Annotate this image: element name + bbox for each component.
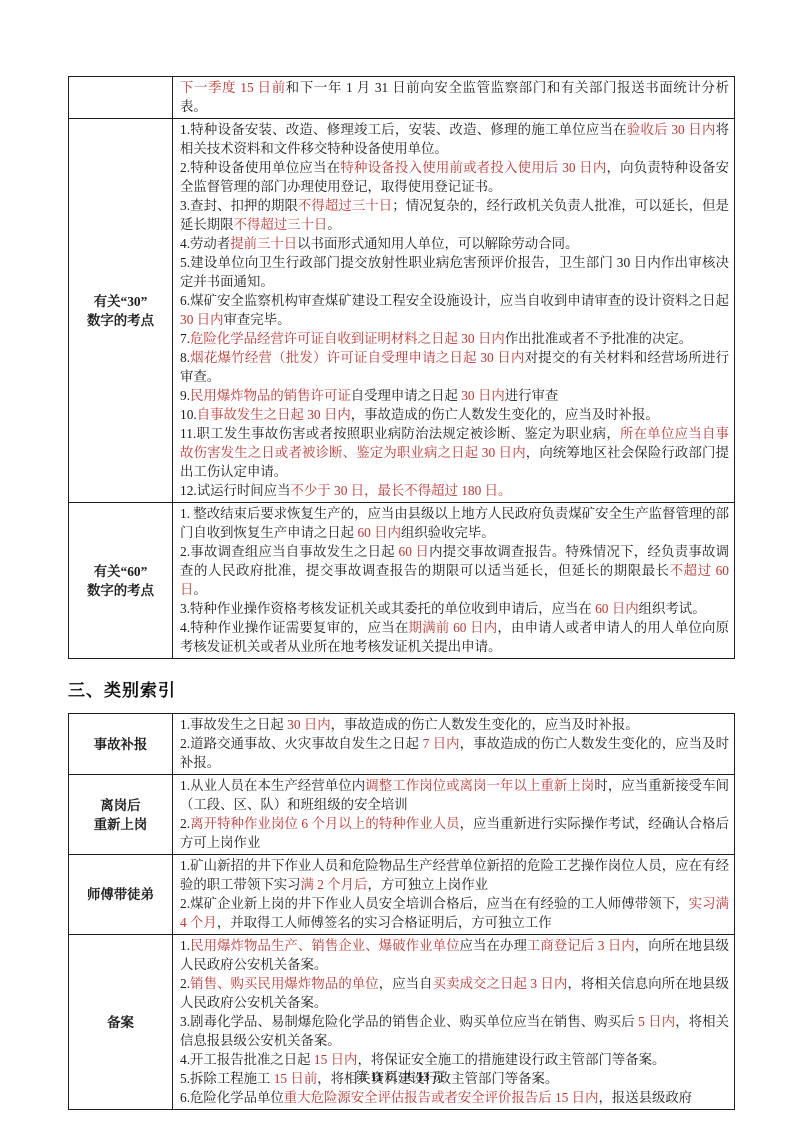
plain-text: 2.煤矿企业新上岗的井下作业人员安全培训合格后，应当在有经验的工人师傅带领下， xyxy=(180,896,689,911)
highlighted-text: 销售、购买民用爆炸物品的单位 xyxy=(190,976,379,991)
highlighted-text: 自事故发生之日起 30 日内 xyxy=(197,407,351,422)
page-footer: 第 11 页 共 13 页 xyxy=(0,1067,800,1085)
plain-text: 2.特种设备使用单位应当在 xyxy=(180,160,340,175)
list-item: 2.事故调查组应当自事故发生之日起 60 日内提交事故调查报告。特殊情况下，经负… xyxy=(180,542,729,599)
plain-text: 10. xyxy=(180,407,197,422)
plain-text: 8. xyxy=(180,350,190,365)
plain-text: 2. xyxy=(180,976,190,991)
plain-text: 3.剧毒化学品、易制爆危险化学品的销售企业、购买单位应当在销售、购买后 xyxy=(180,1014,638,1029)
plain-text: 5.建设单位向卫生行政部门提交放射性职业病危害预评价报告，卫生部门 30 日内作… xyxy=(180,255,729,289)
highlighted-text: 买卖成交之日起 3 日内 xyxy=(433,976,568,991)
plain-text: ，方可独立上岗作业 xyxy=(367,877,488,892)
row-content: 1.矿山新招的井下作业人员和危险物品生产经营单位新招的危险工艺操作岗位人员，应在… xyxy=(173,855,735,935)
list-item: 8.烟花爆竹经营（批发）许可证自受理申请之日起 30 日内对提交的有关材料和经营… xyxy=(180,348,729,386)
plain-text: 4.特种作业操作证需要复审的，应当在 xyxy=(180,620,409,635)
highlighted-text: 60 日内 xyxy=(595,601,639,616)
highlighted-text: 验收后 30 日内 xyxy=(627,122,716,137)
list-item: 1. 整改结束后要求恢复生产的，应当由县级以上地方人民政府负责煤矿安全生产监督管… xyxy=(180,504,729,542)
highlighted-text: 不少于 30 日，最长不得超过 180 日。 xyxy=(290,483,511,498)
list-item: 3.查封、扣押的期限不得超过三十日；情况复杂的，经行政机关负责人批准，可以延长，… xyxy=(180,196,729,234)
highlighted-text: 特种设备投入使用前或者投入使用后 30 日内 xyxy=(340,160,606,175)
highlighted-text: 提前三十日 xyxy=(230,236,297,251)
row-label-line: 事故补报 xyxy=(72,735,169,754)
highlighted-text: 烟花爆竹经营（批发）许可证自受理申请之日起 30 日内 xyxy=(190,350,525,365)
row-content: 1. 整改结束后要求恢复生产的，应当由县级以上地方人民政府负责煤矿安全生产监督管… xyxy=(173,503,735,659)
highlighted-text: 不得超过三十日 xyxy=(234,217,328,232)
list-item: 1.矿山新招的井下作业人员和危险物品生产经营单位新招的危险工艺操作岗位人员，应在… xyxy=(180,856,729,894)
section-heading: 三、类别索引 xyxy=(68,676,735,701)
row-label-line: 数字的考点 xyxy=(72,311,169,330)
highlighted-text: 下一季度 15 日前 xyxy=(180,80,286,95)
highlighted-text: 重大危险源安全评估报告或者安全评价报告后 15 日内 xyxy=(284,1090,599,1105)
row-label: 师傅带徒弟 xyxy=(69,855,173,935)
category-index-table: 事故补报1.事故发生之日起 30 日内，事故造成的伤亡人数发生变化的，应当及时补… xyxy=(68,713,735,1110)
list-item: 5.建设单位向卫生行政部门提交放射性职业病危害预评价报告，卫生部门 30 日内作… xyxy=(180,253,729,291)
plain-text: 3.查封、扣押的期限 xyxy=(180,198,298,213)
highlighted-text: 不得超过三十日 xyxy=(298,198,392,213)
plain-text: 4.开工报告批准之日起 xyxy=(180,1052,314,1067)
highlighted-text: 满 2 个月后 xyxy=(301,877,368,892)
list-item: 12.试运行时间应当不少于 30 日，最长不得超过 180 日。 xyxy=(180,481,729,500)
list-item: 2.特种设备使用单位应当在特种设备投入使用前或者投入使用后 30 日内，向负责特… xyxy=(180,158,729,196)
table-row: 下一季度 15 日前和下一年 1 月 31 日前向安全监管监察部门和有关部门报送… xyxy=(69,77,735,119)
plain-text: 2.道路交通事故、火灾事故自发生之日起 xyxy=(180,736,423,751)
row-label-line: 离岗后 xyxy=(72,796,169,815)
table-row: 事故补报1.事故发生之日起 30 日内，事故造成的伤亡人数发生变化的，应当及时补… xyxy=(69,714,735,775)
plain-text: 1. xyxy=(180,938,190,953)
plain-text: 组织考试。 xyxy=(639,601,706,616)
row-label: 有关“60”数字的考点 xyxy=(69,503,173,659)
table-row: 师傅带徒弟1.矿山新招的井下作业人员和危险物品生产经营单位新招的危险工艺操作岗位… xyxy=(69,855,735,935)
footer-page-prefix: 第 xyxy=(355,1070,368,1084)
plain-text: 1.特种设备安装、改造、修理竣工后，安装、改造、修理的施工单位应当在 xyxy=(180,122,627,137)
plain-text: 2.事故调查组应当自事故发生之日起 xyxy=(180,544,399,559)
footer-page-suffix: 页 xyxy=(432,1070,445,1084)
highlighted-text: 15 日内 xyxy=(314,1052,358,1067)
plain-text: 进行审查 xyxy=(505,388,559,403)
plain-text: 3.特种作业操作资格考核发证机关或其委托的单位收到申请后，应当在 xyxy=(180,601,595,616)
list-item: 6.危险化学品单位重大危险源安全评估报告或者安全评价报告后 15 日内，报送县级… xyxy=(180,1088,729,1107)
plain-text: 9. xyxy=(180,388,190,403)
plain-text: 作出批准或者不予批准的决定。 xyxy=(505,331,692,346)
plain-text: 自受理申请之日起 xyxy=(351,388,461,403)
footer-current-page-number: 11 xyxy=(371,1070,383,1084)
highlighted-text: 5 日内 xyxy=(638,1014,675,1029)
plain-text: 2. xyxy=(180,816,190,831)
row-content: 1.特种设备安装、改造、修理竣工后，安装、改造、修理的施工单位应当在验收后 30… xyxy=(173,119,735,503)
row-content: 下一季度 15 日前和下一年 1 月 31 日前向安全监管监察部门和有关部门报送… xyxy=(173,77,735,119)
list-item: 1.事故发生之日起 30 日内，事故造成的伤亡人数发生变化的，应当及时补报。 xyxy=(180,715,729,734)
list-item: 2.销售、购买民用爆炸物品的单位，应当自买卖成交之日起 3 日内，将相关信息向所… xyxy=(180,974,729,1012)
plain-text: 应当在办理 xyxy=(460,938,527,953)
plain-text: 以书面形式通知用人单位，可以解除劳动合同。 xyxy=(297,236,578,251)
plain-text: 1.事故发生之日起 xyxy=(180,717,287,732)
list-item: 10.自事故发生之日起 30 日内，事故造成的伤亡人数发生变化的，应当及时补报。 xyxy=(180,405,729,424)
plain-text: ，报送县级政府 xyxy=(598,1090,692,1105)
row-label-line: 有关“60” xyxy=(72,562,169,581)
plain-text: ，应当自 xyxy=(379,976,433,991)
numbers-keypoints-table: 下一季度 15 日前和下一年 1 月 31 日前向安全监管监察部门和有关部门报送… xyxy=(68,76,735,659)
highlighted-text: 30 日内 xyxy=(287,717,331,732)
highlighted-text: 危险化学品经营许可证自收到证明材料之日起 30 日内 xyxy=(190,331,505,346)
list-item: 1.民用爆炸物品生产、销售企业、爆破作业单位应当在办理工商登记后 3 日内，向所… xyxy=(180,936,729,974)
list-item: 3.特种作业操作资格考核发证机关或其委托的单位收到申请后，应当在 60 日内组织… xyxy=(180,599,729,618)
row-label-line: 重新上岗 xyxy=(72,815,169,834)
table-row: 有关“30”数字的考点1.特种设备安装、改造、修理竣工后，安装、改造、修理的施工… xyxy=(69,119,735,503)
table-row: 有关“60”数字的考点1. 整改结束后要求恢复生产的，应当由县级以上地方人民政府… xyxy=(69,503,735,659)
list-item: 4.特种作业操作证需要复审的，应当在期满前 60 日内，由申请人或者申请人的用人… xyxy=(180,618,729,656)
footer-total-pages-number: 13 xyxy=(417,1070,430,1084)
list-item: 6.煤矿安全监察机构审查煤矿建设工程安全设施设计，应当自收到申请审查的设计资料之… xyxy=(180,291,729,329)
highlighted-text: 7 日内 xyxy=(423,736,460,751)
highlighted-text: 工商登记后 3 日内 xyxy=(527,938,635,953)
list-item: 2.离开特种作业岗位 6 个月以上的特种作业人员，应当重新进行实际操作考试，经确… xyxy=(180,814,729,852)
list-item: 1.从业人员在本生产经营单位内调整工作岗位或离岗一年以上重新上岗时，应当重新接受… xyxy=(180,776,729,814)
list-item: 11.职工发生事故伤害或者按照职业病防治法规定被诊断、鉴定为职业病，所在单位应当… xyxy=(180,424,729,481)
plain-text: ，并取得工人师傅签名的实习合格证明后，方可独立工作 xyxy=(217,915,552,930)
plain-text: 7. xyxy=(180,331,190,346)
document-page: 下一季度 15 日前和下一年 1 月 31 日前向安全监管监察部门和有关部门报送… xyxy=(0,0,800,1131)
table-row: 离岗后重新上岗1.从业人员在本生产经营单位内调整工作岗位或离岗一年以上重新上岗时… xyxy=(69,775,735,855)
plain-text: ，事故造成的伤亡人数发生变化的，应当及时补报。 xyxy=(331,717,639,732)
row-content: 1.事故发生之日起 30 日内，事故造成的伤亡人数发生变化的，应当及时补报。2.… xyxy=(173,714,735,775)
row-label-line: 师傅带徒弟 xyxy=(72,885,169,904)
list-item: 4.劳动者提前三十日以书面形式通知用人单位，可以解除劳动合同。 xyxy=(180,234,729,253)
highlighted-text: 60 日内 xyxy=(357,525,401,540)
row-label-line: 有关“30” xyxy=(72,292,169,311)
row-content: 1.从业人员在本生产经营单位内调整工作岗位或离岗一年以上重新上岗时，应当重新接受… xyxy=(173,775,735,855)
highlighted-text: 民用爆炸物品的销售许可证 xyxy=(190,388,351,403)
highlighted-text: 30 日内 xyxy=(461,388,505,403)
plain-text: 。 xyxy=(193,582,206,597)
highlighted-text: 期满前 60 日内 xyxy=(409,620,498,635)
plain-text: 审查完毕。 xyxy=(224,312,291,327)
row-label: 有关“30”数字的考点 xyxy=(69,119,173,503)
plain-text: 12.试运行时间应当 xyxy=(180,483,290,498)
plain-text: ，将保证安全施工的措施建设行政主管部门等备案。 xyxy=(357,1052,665,1067)
list-item: 2.道路交通事故、火灾事故自发生之日起 7 日内，事故造成的伤亡人数发生变化的，… xyxy=(180,734,729,772)
list-item: 下一季度 15 日前和下一年 1 月 31 日前向安全监管监察部门和有关部门报送… xyxy=(180,78,729,116)
plain-text: ，事故造成的伤亡人数发生变化的，应当及时补报。 xyxy=(351,407,659,422)
row-label-line: 备案 xyxy=(72,1013,169,1032)
list-item: 3.剧毒化学品、易制爆危险化学品的销售企业、购买单位应当在销售、购买后 5 日内… xyxy=(180,1012,729,1050)
row-label: 离岗后重新上岗 xyxy=(69,775,173,855)
list-item: 1.特种设备安装、改造、修理竣工后，安装、改造、修理的施工单位应当在验收后 30… xyxy=(180,120,729,158)
plain-text: 1.从业人员在本生产经营单位内 xyxy=(180,778,365,793)
list-item: 7.危险化学品经营许可证自收到证明材料之日起 30 日内作出批准或者不予批准的决… xyxy=(180,329,729,348)
row-label-line: 数字的考点 xyxy=(72,581,169,600)
highlighted-text: 60 日 xyxy=(399,544,430,559)
plain-text: 6.危险化学品单位 xyxy=(180,1090,284,1105)
highlighted-text: 30 日内 xyxy=(180,312,224,327)
plain-text: 。 xyxy=(327,217,340,232)
highlighted-text: 民用爆炸物品生产、销售企业、爆破作业单位 xyxy=(190,938,460,953)
list-item: 2.煤矿企业新上岗的井下作业人员安全培训合格后，应当在有经验的工人师傅带领下，实… xyxy=(180,894,729,932)
footer-page-infix: 页 共 xyxy=(386,1070,414,1084)
row-label xyxy=(69,77,173,119)
highlighted-text: 离开特种作业岗位 6 个月以上的特种作业人员 xyxy=(190,816,460,831)
list-item: 9.民用爆炸物品的销售许可证自受理申请之日起 30 日内进行审查 xyxy=(180,386,729,405)
plain-text: 4.劳动者 xyxy=(180,236,230,251)
plain-text: 组织验收完毕。 xyxy=(401,525,495,540)
plain-text: 6.煤矿安全监察机构审查煤矿建设工程安全设施设计，应当自收到申请审查的设计资料之… xyxy=(180,293,729,308)
highlighted-text: 调整工作岗位或离岗一年以上重新上岗 xyxy=(365,778,594,793)
plain-text: 11.职工发生事故伤害或者按照职业病防治法规定被诊断、鉴定为职业病， xyxy=(180,426,620,441)
row-label: 事故补报 xyxy=(69,714,173,775)
